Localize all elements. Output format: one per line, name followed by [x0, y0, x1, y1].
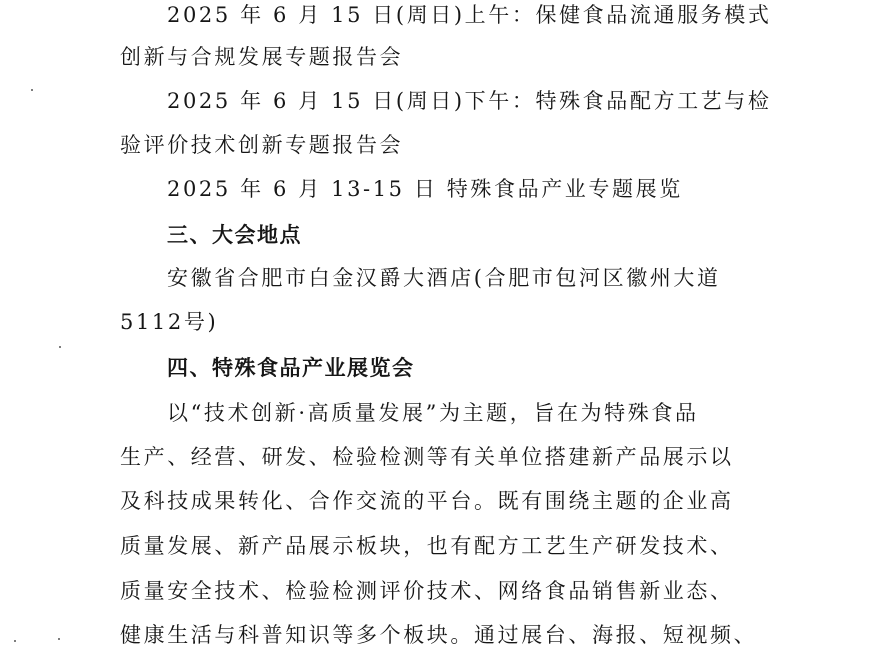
schedule-morning-line-2: 创新与合规发展专题报告会: [120, 43, 403, 71]
exhibition-paragraph-line-3: 及科技成果转化、合作交流的平台。既有围绕主题的企业高: [120, 487, 734, 515]
exhibition-paragraph-line-4: 质量发展、新产品展示板块，也有配方工艺生产研发技术、: [120, 532, 734, 560]
exhibition-paragraph-line-1: 以“技术创新·高质量发展”为主题，旨在为特殊食品: [167, 399, 699, 427]
schedule-exhibition-line: 2025 年 6 月 13-15 日 特殊食品产业专题展览: [167, 175, 683, 203]
venue-address-line-2: 5112号): [120, 308, 218, 336]
section-3-heading: 三、大会地点: [167, 221, 302, 249]
scan-speck: [14, 640, 16, 642]
section-4-heading: 四、特殊食品产业展览会: [167, 354, 415, 382]
schedule-afternoon-line-1: 2025 年 6 月 15 日(周日)下午：特殊食品配方工艺与检: [167, 87, 772, 115]
exhibition-paragraph-line-2: 生产、经营、研发、检验检测等有关单位搭建新产品展示以: [120, 443, 734, 471]
schedule-morning-line-1: 2025 年 6 月 15 日(周日)上午：保健食品流通服务模式: [167, 1, 772, 29]
exhibition-paragraph-line-6: 健康生活与科普知识等多个板块。通过展台、海报、短视频、: [120, 621, 757, 649]
scan-speck: [58, 638, 60, 640]
scan-speck: [31, 89, 33, 91]
schedule-afternoon-line-2: 验评价技术创新专题报告会: [120, 131, 403, 159]
document-page: 2025 年 6 月 15 日(周日)上午：保健食品流通服务模式 创新与合规发展…: [0, 0, 871, 654]
venue-address-line-1: 安徽省合肥市白金汉爵大酒店(合肥市包河区徽州大道: [167, 264, 721, 292]
exhibition-paragraph-line-5: 质量安全技术、检验检测评价技术、网络食品销售新业态、: [120, 577, 734, 605]
scan-speck: [59, 346, 61, 348]
